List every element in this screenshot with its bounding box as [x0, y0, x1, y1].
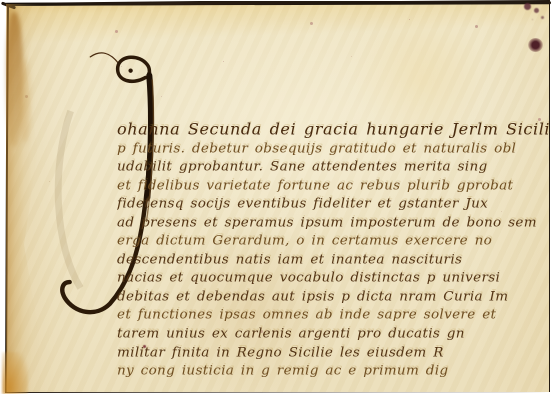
parchment-speckles — [0, 0, 3, 3]
manuscript-text-line: et functiones ipsas omnes ab inde sapre … — [117, 306, 549, 324]
left-stain-streak — [19, 58, 30, 143]
manuscript-text-line: militar finita in Regno Sicilie les eius… — [117, 344, 549, 362]
top-right-ink-spot — [528, 38, 543, 52]
manuscript-text-line: descendentibus natis iam et inantea nasc… — [117, 251, 549, 269]
manuscript-photo: J ohanna Secunda dei gracia hungarie Jer… — [0, 0, 551, 394]
manuscript-text-line: erga dictum Gerardum, o in certamus exer… — [117, 232, 549, 250]
manuscript-text-line: nacias et quocumque vocabulo distinctas … — [117, 269, 549, 287]
manuscript-text-line: ny cong iusticia in g remig ac e primum … — [117, 362, 549, 380]
manuscript-text-line: ohanna Secunda dei gracia hungarie Jerlm… — [117, 121, 549, 139]
manuscript-text-line: p futuris. debetur obsequijs gratitudo e… — [117, 140, 549, 158]
manuscript-text: ohanna Secunda dei gracia hungarie Jerlm… — [117, 121, 549, 392]
manuscript-text-line: et fidelibus varietate fortune ac rebus … — [117, 177, 549, 195]
manuscript-text-line: fidetensq socijs eventibus fideliter et … — [117, 195, 549, 213]
manuscript-text-line: debitas et debendas aut ipsis p dicta nr… — [117, 288, 549, 306]
manuscript-text-line: ad presens et speramus ipsum imposterum … — [117, 214, 549, 232]
bottom-left-corner-stain — [2, 352, 28, 394]
manuscript-text-line: tarem unius ex carlenis argenti pro duca… — [117, 325, 549, 343]
top-right-ink-stain — [524, 3, 531, 10]
manuscript-text-line: udabilit gprobantur. Sane attendentes me… — [117, 158, 549, 176]
